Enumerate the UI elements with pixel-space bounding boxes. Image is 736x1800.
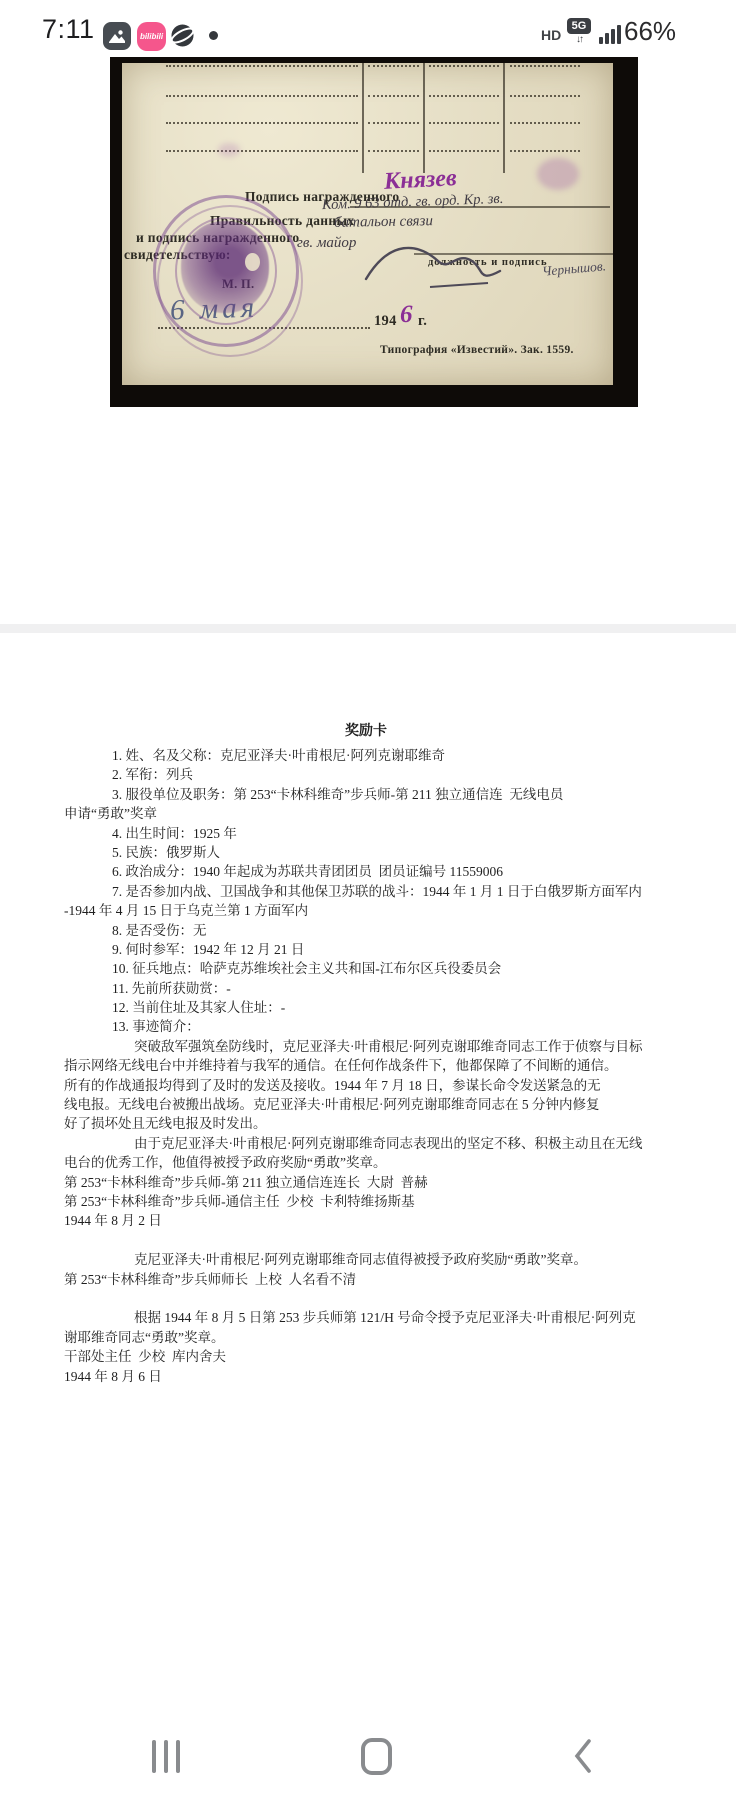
text-line: 第 253“卡林科维奇”步兵师-第 211 独立通信连连长 大尉 普赫 — [64, 1173, 668, 1192]
bilibili-notification-icon: bilibili — [137, 22, 166, 51]
ink-smudge — [537, 158, 579, 190]
text-line: 由于克尼亚泽夫·叶甫根尼·阿列克谢耶维奇同志表现出的坚定不移、积极主动且在无线 — [64, 1134, 668, 1153]
back-button[interactable] — [543, 1728, 623, 1784]
ink-smudge — [218, 143, 240, 157]
text-line: 线电报。无线电台被搬出战场。克尼亚泽夫·叶甫根尼·阿列克谢耶维奇同志在 5 分钟… — [64, 1095, 668, 1114]
dotted-line — [368, 150, 419, 152]
text-line: 11. 先前所获勋赏：- — [64, 979, 668, 998]
scanned-paper: Подпись награжденного Правильность данны… — [122, 63, 613, 385]
text-line: 8. 是否受伤：无 — [64, 921, 668, 940]
dotted-line — [368, 95, 419, 97]
dotted-line — [510, 95, 580, 97]
signal-strength-icon — [599, 24, 625, 44]
dotted-line — [166, 122, 358, 124]
dotted-line — [510, 122, 580, 124]
table-vertical-line — [362, 63, 364, 173]
text-line: 指示网络无线电台中并维持着与我军的通信。在任何作战条件下，他都保障了不间断的通信… — [64, 1056, 668, 1075]
article-title: 奖励卡 — [64, 722, 668, 746]
text-line: 1944 年 8 月 6 日 — [64, 1367, 668, 1386]
more-notifications-dot-icon — [209, 31, 218, 40]
award-card-photo[interactable]: Подпись награжденного Правильность данны… — [110, 57, 638, 407]
text-line: 第 253“卡林科维奇”步兵师-通信主任 少校 卡利特维扬斯基 — [64, 1192, 668, 1211]
android-nav-bar — [0, 1710, 736, 1800]
blank-line — [64, 1289, 668, 1308]
home-icon — [361, 1738, 392, 1775]
printer-note: Типография «Известий». Зак. 1559. — [380, 344, 574, 356]
handwritten-year-digit: 6 — [400, 301, 413, 329]
dotted-line — [429, 65, 499, 67]
screenshot-divider — [0, 624, 736, 633]
text-line: 所有的作战通报均得到了及时的发送及接收。1944 年 7 月 18 日，参谋长命… — [64, 1076, 668, 1095]
hd-voice-indicator: HD — [541, 27, 561, 43]
dotted-line — [368, 65, 419, 67]
translation-text-block: 奖励卡 1. 姓、名及父称：克尼亚泽夫·叶甫根尼·阿列克谢耶维奇 2. 军衔：列… — [64, 722, 668, 1386]
year-prefix: 194 — [374, 313, 397, 330]
text-line: 12. 当前住址及其家人住址：- — [64, 998, 668, 1017]
table-vertical-line — [503, 63, 505, 173]
text-line: 2. 军衔：列兵 — [64, 765, 668, 784]
text-line: 1. 姓、名及父称：克尼亚泽夫·叶甫根尼·阿列克谢耶维奇 — [64, 746, 668, 765]
home-button[interactable] — [336, 1728, 416, 1784]
dotted-line — [429, 95, 499, 97]
dotted-line — [510, 150, 580, 152]
text-line: -1944 年 4 月 15 日于乌克兰第 1 方面军内 — [64, 901, 668, 920]
ink-stamp — [153, 195, 299, 347]
back-chevron-icon — [574, 1738, 592, 1774]
text-line: 7. 是否参加内战、卫国战争和其他保卫苏联的战斗：1944 年 1 月 1 日于… — [64, 882, 668, 901]
text-line: 1944 年 8 月 2 日 — [64, 1211, 668, 1230]
network-badge: 5G — [567, 18, 591, 34]
handwritten-unit-line2: батальон связи — [334, 213, 433, 232]
recents-button[interactable] — [126, 1728, 206, 1784]
dotted-line — [368, 122, 419, 124]
text-line: 6. 政治成分：1940 年起成为苏联共青团团员 团员证编号 11559006 — [64, 862, 668, 881]
clock: 7:11 — [42, 14, 95, 45]
recipient-signature: Князев — [383, 165, 457, 196]
text-line: 好了损坏处且无线电报及时发出。 — [64, 1114, 668, 1133]
year-suffix: г. — [418, 313, 427, 330]
text-line: 突破敌军强筑垒防线时，克尼亚泽夫·叶甫根尼·阿列克谢耶维奇同志工作于侦察与目标 — [64, 1037, 668, 1056]
dotted-line — [429, 122, 499, 124]
photo-icon — [108, 27, 126, 45]
text-line: 3. 服役单位及职务：第 253“卡林科维奇”步兵师-第 211 独立通信连 无… — [64, 785, 668, 804]
battery-percentage: 66% — [624, 16, 676, 47]
text-line: 克尼亚泽夫·叶甫根尼·阿列克谢耶维奇同志值得被授予政府奖励“勇敢”奖章。 — [64, 1250, 668, 1269]
status-bar: 7:11 bilibili HD 5G ↓↑ 66% — [0, 0, 736, 57]
text-line: 谢耶维奇同志“勇敢”奖章。 — [64, 1328, 668, 1347]
battery-icon — [679, 14, 697, 44]
text-line: 电台的优秀工作，他值得被授予政府奖励“勇敢”奖章。 — [64, 1153, 668, 1172]
text-line: 第 253“卡林科维奇”步兵师师长 上校 人名看不清 — [64, 1270, 668, 1289]
signature-flourish — [360, 231, 540, 293]
blank-line — [64, 1231, 668, 1250]
dotted-line — [429, 150, 499, 152]
planet-icon — [169, 22, 196, 49]
text-line: 13. 事迹简介： — [64, 1017, 668, 1036]
network-type-icon: 5G ↓↑ — [567, 18, 591, 45]
dotted-line — [166, 150, 358, 152]
ringed-planet-notification-icon — [169, 22, 196, 49]
text-line: 根据 1944 年 8 月 5 日第 253 步兵师第 121/H 号命令授予克… — [64, 1308, 668, 1327]
text-line: 5. 民族：俄罗斯人 — [64, 843, 668, 862]
bilibili-wordmark: bilibili — [140, 32, 163, 41]
recents-icon — [152, 1740, 156, 1773]
text-line: 10. 征兵地点：哈萨克苏维埃社会主义共和国-江布尔区兵役委员会 — [64, 959, 668, 978]
table-vertical-line — [423, 63, 425, 173]
dotted-line — [166, 95, 358, 97]
text-line: 申请“勇敢”奖章 — [64, 804, 668, 823]
stamp-ink-gap — [245, 253, 260, 271]
text-line: 干部处主任 少校 库内舍夫 — [64, 1347, 668, 1366]
dotted-line — [166, 65, 358, 67]
certifier-signature: Чернышов. — [541, 258, 606, 280]
dotted-line — [510, 65, 580, 67]
text-line: 4. 出生时间：1925 年 — [64, 824, 668, 843]
data-arrows-icon: ↓↑ — [567, 35, 591, 45]
handwritten-rank: гв. майор — [297, 235, 356, 252]
gallery-notification-icon — [103, 22, 131, 50]
phone-screen: 7:11 bilibili HD 5G ↓↑ 66% — [0, 0, 736, 1800]
text-line: 9. 何时参军：1942 年 12 月 21 日 — [64, 940, 668, 959]
